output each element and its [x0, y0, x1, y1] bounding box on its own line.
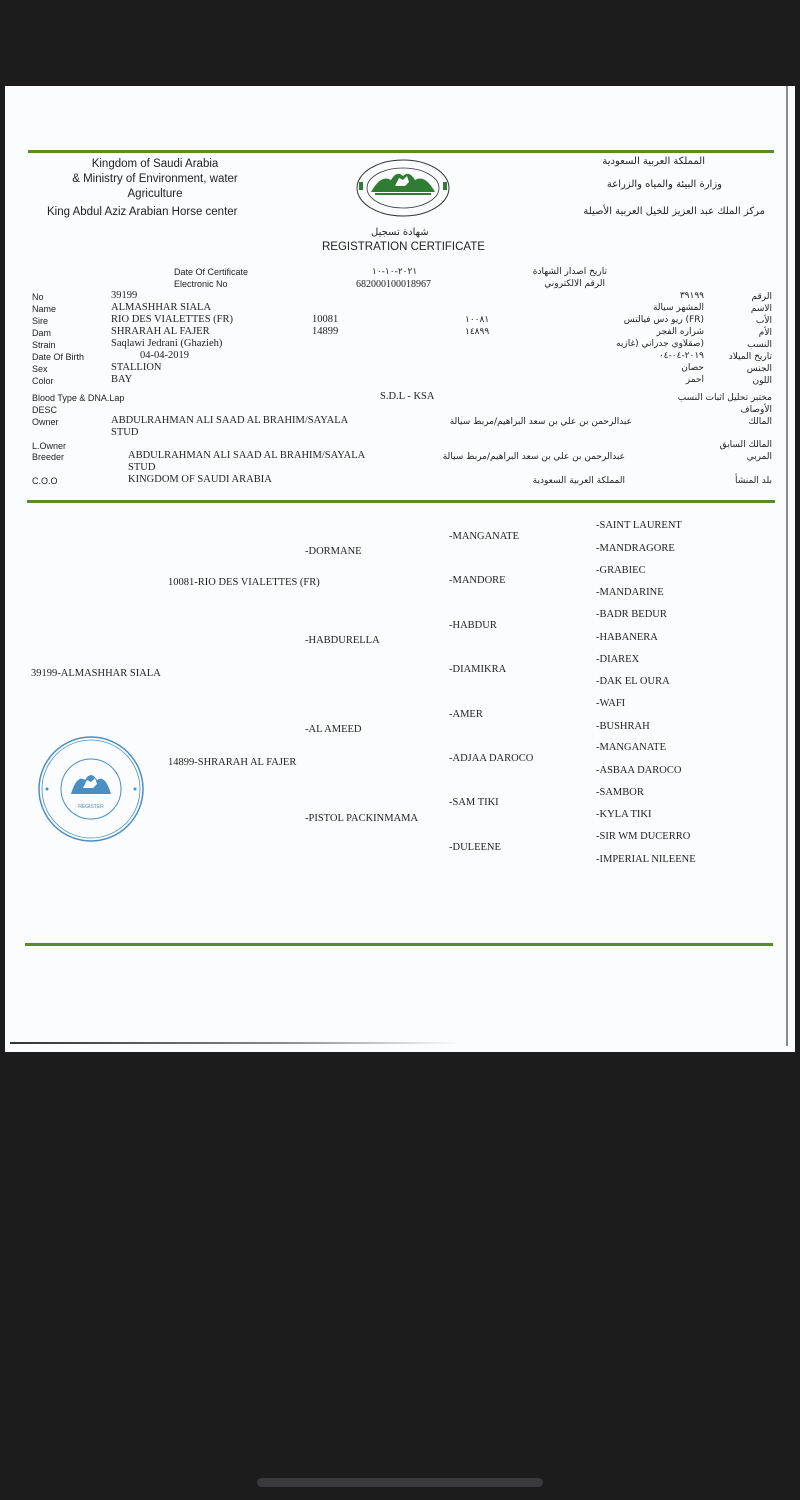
horse-emblem-icon	[351, 156, 455, 226]
field-label-dob-ar: تاريخ الميلاد	[729, 352, 772, 362]
field-value-sex-ar: حصان	[681, 363, 704, 373]
field-label-breeder: Breeder	[32, 452, 64, 462]
field-value-sire-ar: (FR) ريو دس فيالتس	[624, 315, 704, 325]
field-label-sex-ar: الجنس	[747, 364, 772, 374]
field-label-sex: Sex	[32, 364, 48, 374]
header-ar-line1: المملكة العربية السعودية	[602, 156, 705, 167]
pedigree-gen4: -BUSHRAH	[596, 721, 650, 732]
top-divider	[28, 150, 774, 153]
field-label-owner: Owner	[32, 417, 59, 427]
field-value-strain: Saqlawi Jedrani (Ghazieh)	[111, 338, 222, 349]
field-label-name-ar: الاسم	[751, 304, 772, 314]
field-value-sire-number: 10081	[312, 314, 338, 325]
pedigree-gen4: -BADR BEDUR	[596, 609, 667, 620]
field-label-blood: Blood Type & DNA.Lap	[32, 393, 124, 403]
field-value-breeder-line2: STUD	[128, 462, 155, 473]
header-ar-line2: وزارة البيئة والمياه والزراعة	[607, 179, 722, 190]
pedigree-sire: 10081-RIO DES VIALETTES (FR)	[168, 577, 320, 588]
date-label: Date Of Certificate	[174, 267, 248, 277]
field-label-strain-ar: النسب	[747, 340, 772, 350]
field-value-no: 39199	[111, 290, 137, 301]
field-value-owner-ar: عبدالرحمن بن علي بن سعد البراهيم/مربط سي…	[450, 417, 632, 427]
pedigree-gen4: -DIAREX	[596, 654, 639, 665]
pedigree-gen3: -MANGANATE	[449, 531, 519, 542]
field-label-color: Color	[32, 376, 54, 386]
field-value-sire: RIO DES VIALETTES (FR)	[111, 314, 233, 325]
pedigree-gen4: -DAK EL OURA	[596, 676, 670, 687]
pedigree-gen2: -AL AMEED	[305, 724, 361, 735]
header-en-line1: Kingdom of Saudi Arabia	[45, 157, 265, 172]
pedigree-gen4: -SIR WM DUCERRO	[596, 831, 690, 842]
field-label-owner-ar: المالك	[748, 417, 772, 427]
field-value-no-ar: ٣٩١٩٩	[680, 291, 704, 301]
pedigree-gen3: -DIAMIKRA	[449, 664, 506, 675]
field-value-sex: STALLION	[111, 362, 162, 373]
field-value-breeder-line1: ABDULRAHMAN ALI SAAD AL BRAHIM/SAYALA	[128, 450, 365, 461]
field-label-sire: Sire	[32, 316, 48, 326]
registry-stamp-icon: REGISTER	[33, 736, 149, 842]
pedigree-gen2: -DORMANE	[305, 546, 362, 557]
field-value-color: BAY	[111, 374, 132, 385]
field-label-desc: DESC	[32, 405, 57, 415]
pedigree-gen4: -MANDARINE	[596, 587, 664, 598]
certificate-document: Kingdom of Saudi Arabia & Ministry of En…	[5, 86, 795, 1052]
electronic-label-ar: الرقم الالكتروني	[544, 279, 605, 289]
home-indicator[interactable]	[257, 1478, 543, 1487]
header-en-line4: King Abdul Aziz Arabian Horse center	[47, 206, 238, 218]
field-value-owner-line2: STUD	[111, 427, 138, 438]
pedigree-gen2: -PISTOL PACKINMAMA	[305, 813, 418, 824]
field-value-name: ALMASHHAR SIALA	[111, 302, 211, 313]
field-label-breeder-ar: المربي	[747, 452, 772, 462]
bottom-divider	[25, 943, 773, 946]
field-label-desc-ar: الأوصاف	[740, 405, 772, 415]
field-label-name: Name	[32, 304, 56, 314]
field-label-coo-ar: بلد المنشأ	[735, 476, 772, 486]
field-value-name-ar: المشهر سيالة	[653, 303, 704, 313]
middle-divider	[27, 500, 775, 503]
pedigree-gen4: -ASBAA DAROCO	[596, 765, 681, 776]
pedigree-gen4: -WAFI	[596, 698, 625, 709]
field-value-dam-number-ar: ١٤٨٩٩	[465, 327, 489, 337]
field-label-no-ar: الرقم	[751, 292, 772, 302]
electronic-label: Electronic No	[174, 279, 228, 289]
field-label-no: No	[32, 292, 44, 302]
stamp-text: REGISTER	[78, 804, 104, 810]
field-value-blood: S.D.L - KSA	[380, 391, 434, 402]
field-label-dam-ar: الأم	[759, 328, 772, 338]
page-title: REGISTRATION CERTIFICATE	[322, 241, 485, 253]
field-value-strain-ar: (صقلاوي جدراني (غازيه	[616, 339, 704, 349]
field-label-lowner-ar: المالك السابق	[720, 440, 772, 450]
field-label-lowner: L.Owner	[32, 441, 66, 451]
pedigree-gen4: -GRABIEC	[596, 565, 646, 576]
field-value-breeder-ar: عبدالرحمن بن علي بن سعد البراهيم/مربط سي…	[443, 452, 625, 462]
pedigree-gen3: -ADJAA DAROCO	[449, 753, 533, 764]
pedigree-gen4: -HABANERA	[596, 632, 658, 643]
field-value-dam: SHRARAH AL FAJER	[111, 326, 210, 337]
header-ar-line3: مركز الملك عبد العزيز للخيل العربية الأص…	[583, 206, 765, 217]
field-value-dam-ar: شراره الفجر	[656, 327, 704, 337]
field-value-coo-ar: المملكة العربية السعودية	[533, 476, 625, 486]
pedigree-gen4: -IMPERIAL NILEENE	[596, 854, 696, 865]
field-label-strain: Strain	[32, 340, 56, 350]
pedigree-dam: 14899-SHRARAH AL FAJER	[168, 757, 296, 768]
pedigree-gen3: -HABDUR	[449, 620, 497, 631]
page-edge	[10, 1042, 460, 1044]
pedigree-gen3: -DULEENE	[449, 842, 501, 853]
date-label-ar: تاريخ اصدار الشهادة	[533, 267, 607, 277]
field-value-dob: 04-04-2019	[140, 350, 189, 361]
pedigree-gen3: -AMER	[449, 709, 483, 720]
pedigree-subject: 39199-ALMASHHAR SIALA	[31, 668, 161, 679]
field-value-coo: KINGDOM OF SAUDI ARABIA	[128, 474, 272, 485]
pedigree-gen4: -MANGANATE	[596, 742, 666, 753]
date-value: ٢٠٢١-١٠-١٠	[372, 267, 417, 277]
electronic-value: 682000100018967	[356, 279, 431, 290]
field-label-coo: C.O.O	[32, 476, 58, 486]
pedigree-gen3: -SAM TIKI	[449, 797, 499, 808]
title-ar: شهادة تسجيل	[371, 227, 429, 238]
pedigree-gen4: -MANDRAGORE	[596, 543, 675, 554]
pedigree-gen4: -KYLA TIKI	[596, 809, 652, 820]
pedigree-gen2: -HABDURELLA	[305, 635, 380, 646]
field-label-color-ar: اللون	[753, 376, 772, 386]
header-en-line2: & Ministry of Environment, water	[45, 172, 265, 187]
page-edge	[786, 86, 788, 1046]
field-label-dob: Date Of Birth	[32, 352, 84, 362]
pedigree-gen4: -SAINT LAURENT	[596, 520, 682, 531]
field-label-sire-ar: الأب	[756, 316, 772, 326]
field-value-owner-line1: ABDULRAHMAN ALI SAAD AL BRAHIM/SAYALA	[111, 415, 348, 426]
field-value-dam-number: 14899	[312, 326, 338, 337]
pedigree-gen3: -MANDORE	[449, 575, 506, 586]
header-en-line3: Agriculture	[45, 187, 265, 202]
field-label-blood-ar: مختبر تحليل اثبات النسب	[678, 393, 772, 403]
field-value-color-ar: احمر	[686, 375, 704, 385]
field-label-dam: Dam	[32, 328, 51, 338]
pedigree-gen4: -SAMBOR	[596, 787, 644, 798]
field-value-sire-number-ar: ١٠٠٨١	[465, 315, 489, 325]
field-value-dob-ar: ٢٠١٩-٠٤-٠٤	[659, 351, 704, 361]
